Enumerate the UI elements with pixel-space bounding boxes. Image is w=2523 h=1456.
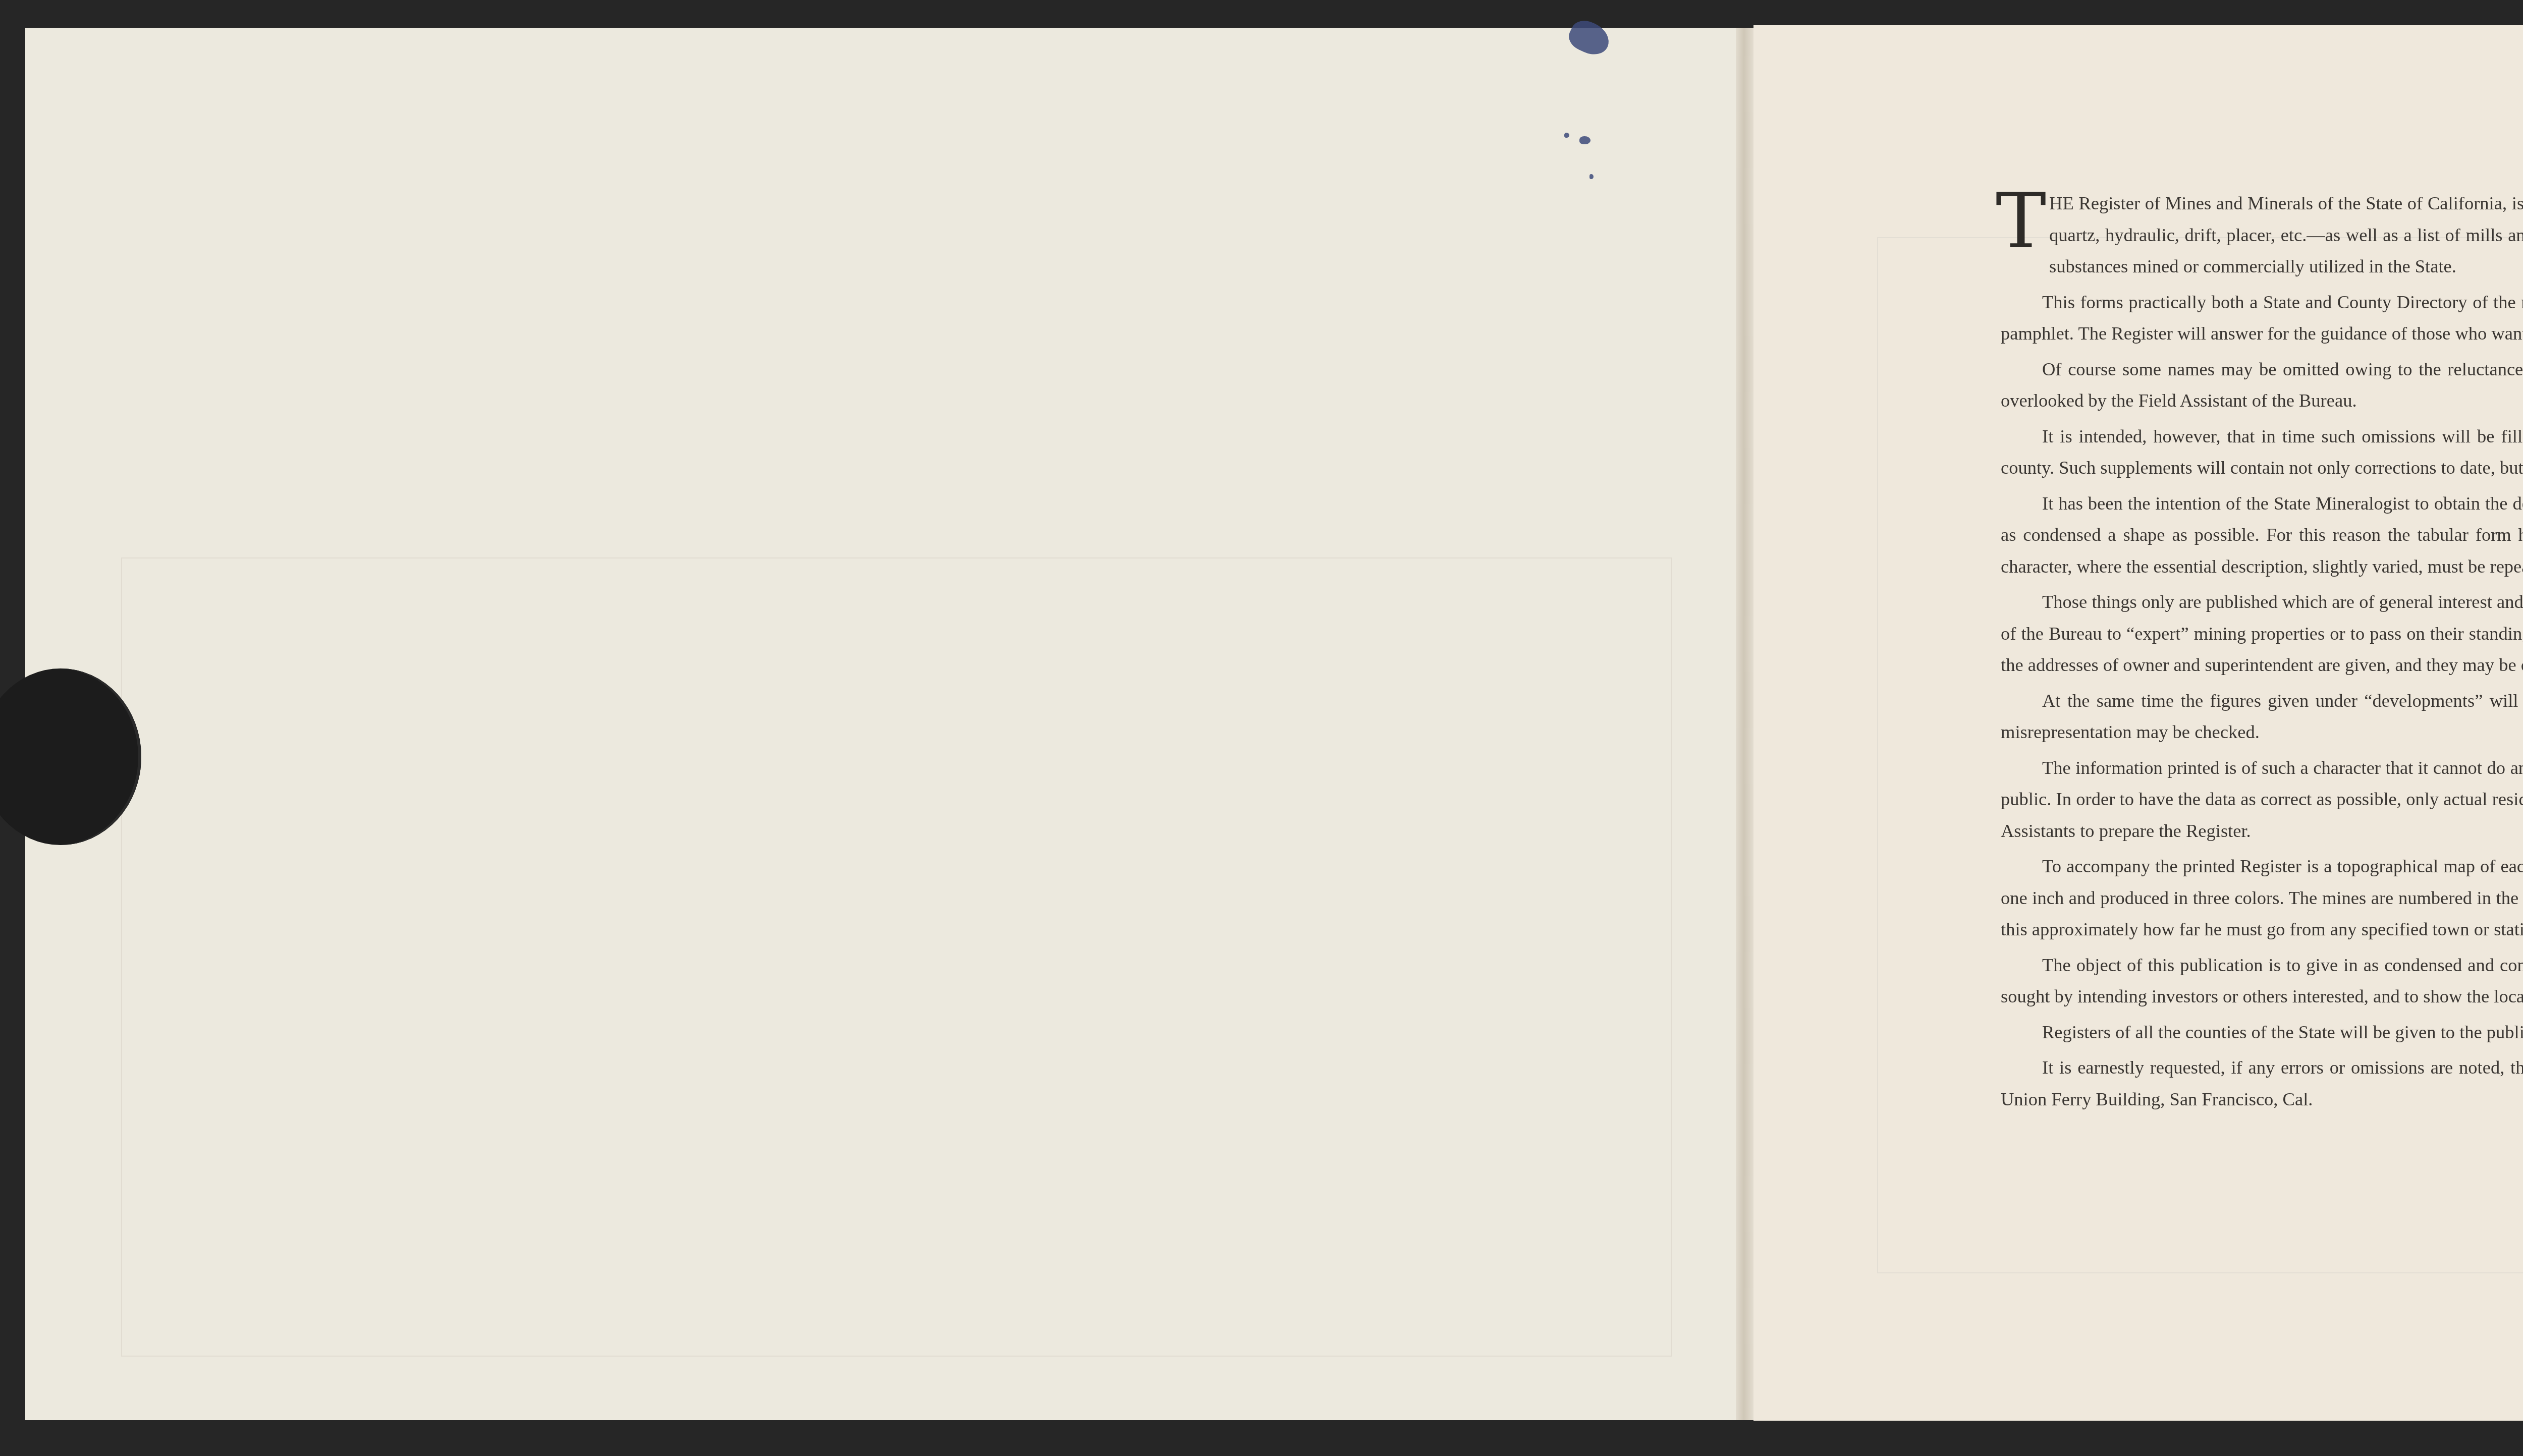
ink-speck	[1564, 133, 1569, 138]
signature-name: LEWIS E. AUBURY,	[2001, 1119, 2523, 1151]
paragraph: Those things only are published which ar…	[2001, 586, 2523, 681]
paragraph: THE Register of Mines and Minerals of th…	[2001, 188, 2523, 283]
paragraph: Registers of all the counties of the Sta…	[2001, 1017, 2523, 1048]
ink-speck	[1589, 174, 1594, 179]
ink-speck	[1579, 136, 1590, 144]
left-page-blank	[25, 28, 1746, 1420]
right-page: THE Register of Mines and Minerals of th…	[1753, 25, 2523, 1421]
ink-blot	[1565, 16, 1614, 60]
paragraph: It is earnestly requested, if any errors…	[2001, 1052, 2523, 1115]
drop-cap: T	[1996, 194, 2046, 254]
book-gutter	[1736, 28, 1756, 1420]
paragraph: The object of this publication is to giv…	[2001, 949, 2523, 1013]
notice-text: THE Register of Mines and Minerals of th…	[2001, 188, 2523, 1180]
paragraph: It is intended, however, that in time su…	[2001, 421, 2523, 484]
paragraph: To accompany the printed Register is a t…	[2001, 851, 2523, 945]
signature-title: State Mineralogist.	[2001, 1149, 2523, 1181]
paragraph: This forms practically both a State and …	[2001, 287, 2523, 350]
paragraph: It has been the intention of the State M…	[2001, 488, 2523, 583]
paragraph: At the same time the figures given under…	[2001, 685, 2523, 748]
show-through-frame	[121, 557, 1672, 1357]
paragraph: Of course some names may be omitted owin…	[2001, 354, 2523, 417]
paragraph: The information printed is of such a cha…	[2001, 752, 2523, 847]
